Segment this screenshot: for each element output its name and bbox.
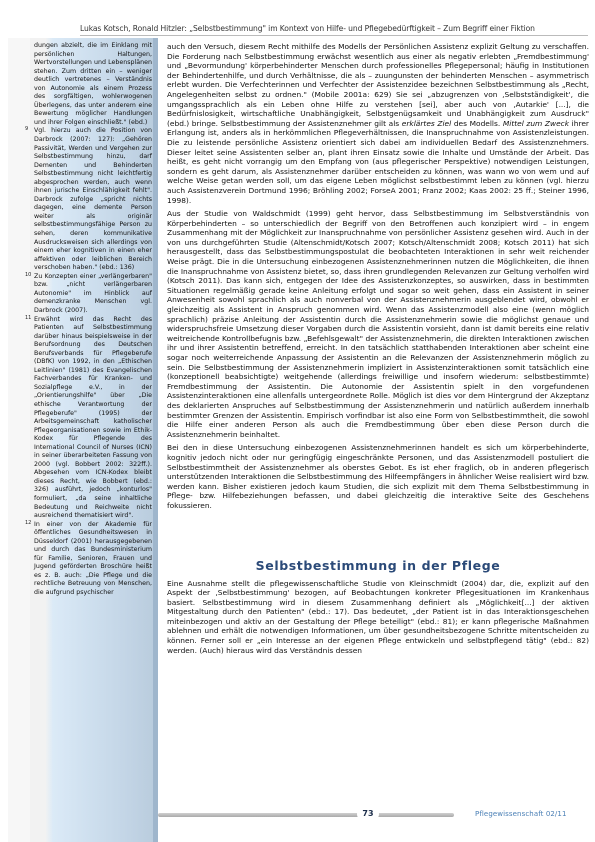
footnote-11: 11 Erwähnt wird das Recht des Patienten … — [34, 316, 152, 521]
journal-name: Pflegewissenschaft 02/11 — [475, 808, 567, 820]
footnote-continuation: dungen abzielt, die im Einklang mit pers… — [34, 42, 152, 127]
footnote-text: Zu Konzepten einer „verlängerbaren" bzw.… — [34, 273, 152, 314]
body-paragraph-1: auch den Versuch, diesem Recht mithilfe … — [167, 42, 589, 205]
footnote-number: 9 — [25, 125, 28, 134]
section-paragraph: Eine Ausnahme stellt die pflegewissensch… — [167, 579, 589, 656]
footnote-number: 10 — [25, 271, 31, 280]
footnote-sidebar: dungen abzielt, die im Einklang mit pers… — [34, 42, 152, 598]
body-paragraph-3: Bei den in diese Untersuchung einbezogen… — [167, 443, 589, 510]
footnote-number: 11 — [25, 314, 31, 323]
body-paragraph-2: Aus der Studie von Waldschmidt (1999) ge… — [167, 209, 589, 439]
footnote-10: 10 Zu Konzepten einer „verlängerbaren" b… — [34, 273, 152, 316]
footnote-text: Erwähnt wird das Recht des Patienten auf… — [34, 316, 152, 520]
footer-rule — [158, 813, 454, 817]
page-number: 73 — [357, 807, 379, 821]
running-head: Lukas Kotsch, Ronald Hitzler: „Selbstbes… — [80, 24, 588, 36]
sidebar-margin — [8, 38, 30, 842]
footnote-9: 9 Vgl. hierzu auch die Position von Darb… — [34, 127, 152, 272]
sidebar-edge-bar — [153, 38, 158, 842]
footnote-12: 12 In einer von der Akademie für öffentl… — [34, 521, 152, 598]
section-heading: Selbstbestimmung in der Pflege — [167, 559, 589, 573]
main-text-column: auch den Versuch, diesem Recht mithilfe … — [167, 42, 589, 655]
footnote-text: Vgl. hierzu auch die Position von Darbro… — [34, 127, 152, 271]
footnote-number: 12 — [25, 519, 31, 528]
footnote-text: In einer von der Akademie für öffentlich… — [34, 521, 152, 596]
